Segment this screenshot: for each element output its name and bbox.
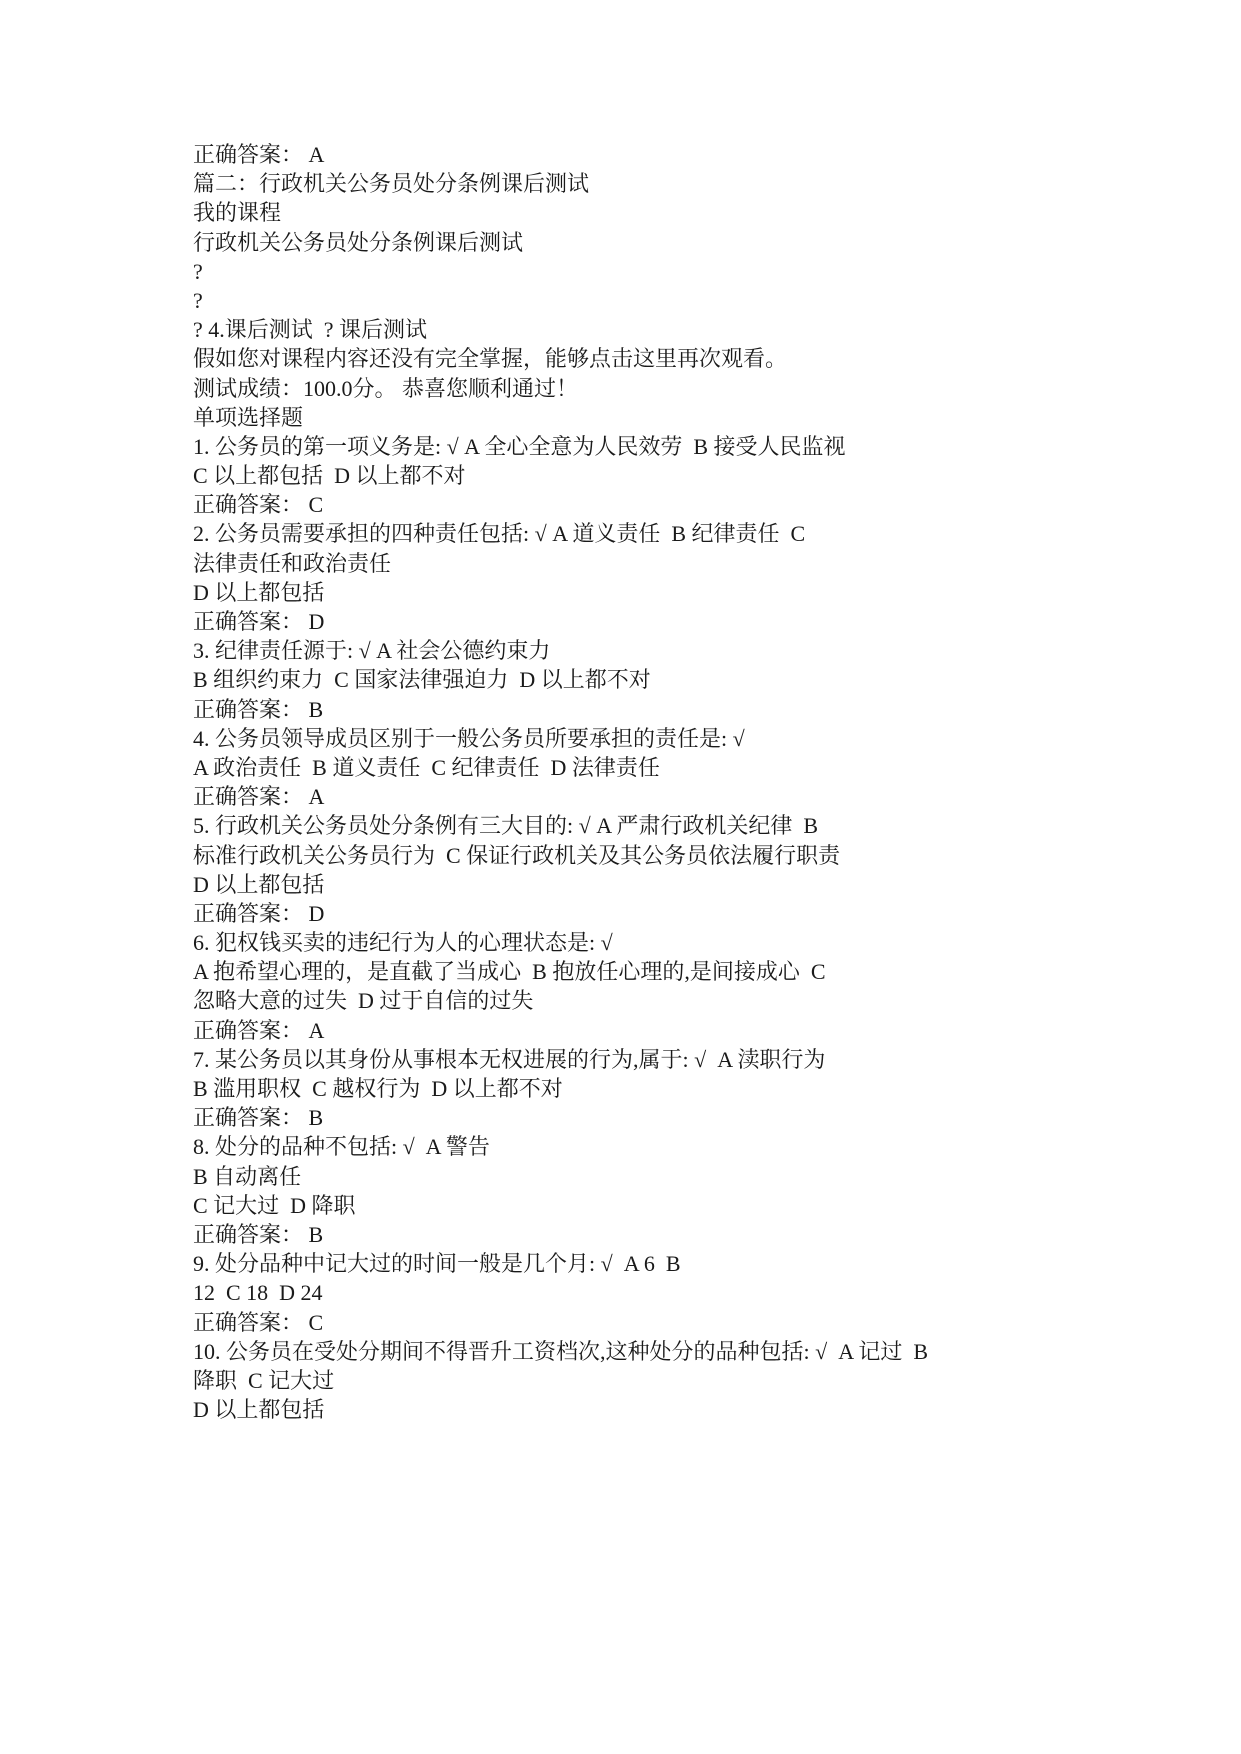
question-options: D 以上都包括 [193,870,1093,899]
question-options: D 以上都包括 [193,1395,1093,1424]
question-options: A 政治责任 B 道义责任 C 纪律责任 D 法律责任 [193,753,1093,782]
question-text: 5. 行政机关公务员处分条例有三大目的: √ A 严肃行政机关纪律 B [193,811,1093,840]
test-tab-line: ? 4.课后测试 ? 课后测试 [193,315,1093,344]
question-text: 4. 公务员领导成员区别于一般公务员所要承担的责任是: √ [193,724,1093,753]
answer-line: 正确答案： B [193,1103,1093,1132]
question-options: A 抱希望心理的，是直截了当成心 B 抱放任心理的,是间接成心 C [193,957,1093,986]
answer-line: 正确答案： A [193,1016,1093,1045]
course-title: 行政机关公务员处分条例课后测试 [193,228,1093,257]
placeholder-glyph: ? [193,286,1093,315]
question-text: 9. 处分品种中记大过的时间一般是几个月: √ A 6 B [193,1249,1093,1278]
question-options: B 自动离任 [193,1162,1093,1191]
question-options: 法律责任和政治责任 [193,549,1093,578]
replay-hint: 假如您对课程内容还没有完全掌握，能够点击这里再次观看。 [193,344,1093,373]
breadcrumb-my-courses: 我的课程 [193,198,1093,227]
question-options: 忽略大意的过失 D 过于自信的过失 [193,986,1093,1015]
answer-line: 正确答案： D [193,607,1093,636]
question-text: 2. 公务员需要承担的四种责任包括: √ A 道义责任 B 纪律责任 C [193,519,1093,548]
test-score: 测试成绩：100.0分。 恭喜您顺利通过！ [193,374,1093,403]
answer-line: 正确答案： A [193,782,1093,811]
question-options: C 以上都包括 D 以上都不对 [193,461,1093,490]
question-options: B 组织约束力 C 国家法律强迫力 D 以上都不对 [193,665,1093,694]
answer-line: 正确答案： B [193,695,1093,724]
question-options: D 以上都包括 [193,578,1093,607]
question-text: 1. 公务员的第一项义务是: √ A 全心全意为人民效劳 B 接受人民监视 [193,432,1093,461]
question-text: 3. 纪律责任源于: √ A 社会公德约束力 [193,636,1093,665]
answer-line: 正确答案： B [193,1220,1093,1249]
document-page: 正确答案： A 篇二：行政机关公务员处分条例课后测试 我的课程 行政机关公务员处… [193,140,1093,1424]
question-options: 12 C 18 D 24 [193,1278,1093,1307]
answer-line: 正确答案： C [193,490,1093,519]
placeholder-glyph: ? [193,257,1093,286]
answer-line: 正确答案： D [193,899,1093,928]
section-title: 篇二：行政机关公务员处分条例课后测试 [193,169,1093,198]
question-text: 7. 某公务员以其身份从事根本无权进展的行为,属于: √ A 渎职行为 [193,1045,1093,1074]
question-text: 8. 处分的品种不包括: √ A 警告 [193,1132,1093,1161]
question-options: B 滥用职权 C 越权行为 D 以上都不对 [193,1074,1093,1103]
question-text: 10. 公务员在受处分期间不得晋升工资档次,这种处分的品种包括: √ A 记过 … [193,1337,1093,1366]
question-type-heading: 单项选择题 [193,403,1093,432]
answer-line: 正确答案： A [193,140,1093,169]
answer-line: 正确答案： C [193,1308,1093,1337]
question-text: 6. 犯权钱买卖的违纪行为人的心理状态是: √ [193,928,1093,957]
question-options: 降职 C 记大过 [193,1366,1093,1395]
question-options: C 记大过 D 降职 [193,1191,1093,1220]
question-options: 标准行政机关公务员行为 C 保证行政机关及其公务员依法履行职责 [193,841,1093,870]
